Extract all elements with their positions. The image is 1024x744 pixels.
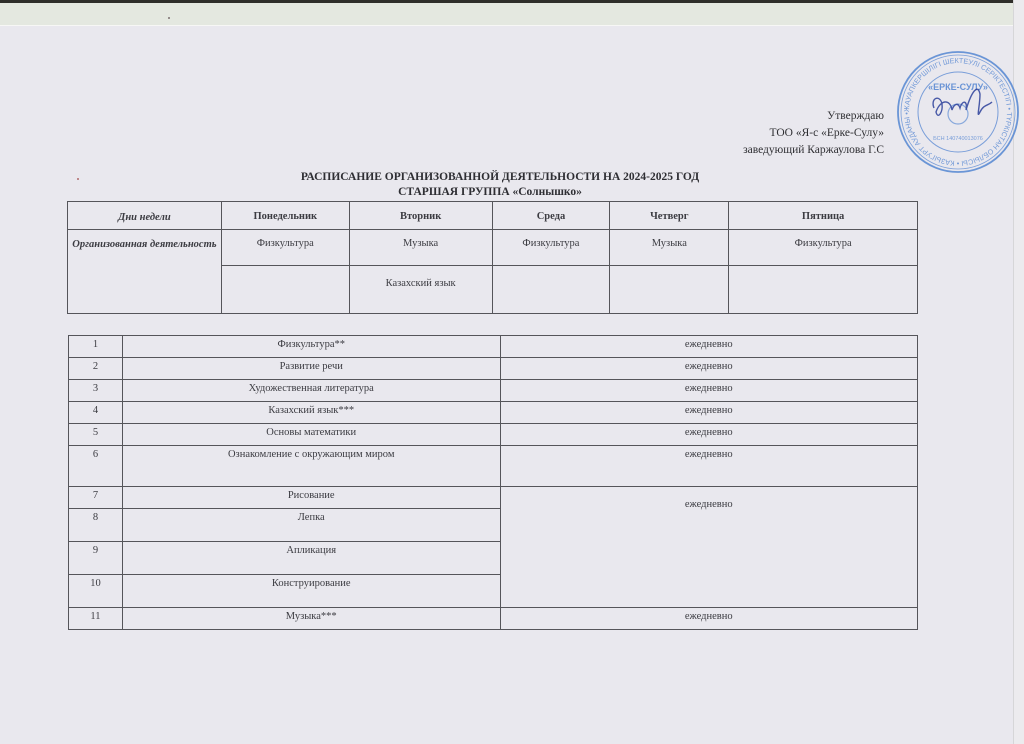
weekly-schedule-table: Дни недели Понедельник Вторник Среда Чет… (67, 201, 918, 314)
document-subtitle: СТАРШАЯ ГРУППА «Солнышко» (0, 186, 990, 198)
row-number: 2 (69, 358, 123, 380)
activity-frequency: ежедневно (500, 446, 917, 487)
row-number: 7 (69, 487, 123, 509)
approval-line-org: ТОО «Я-с «Ерке-Сулу» (743, 125, 884, 142)
header-thursday: Четверг (610, 202, 729, 230)
activity-name: Апликация (122, 542, 500, 575)
schedule-cell: Физкультура (221, 230, 349, 266)
scan-speck (168, 17, 170, 19)
activity-frequency: ежедневно (500, 608, 917, 630)
activity-name: Основы математики (122, 424, 500, 446)
table-row: 5 Основы математики ежедневно (69, 424, 918, 446)
schedule-cell: Физкультура (492, 230, 610, 266)
activity-frequency-merged: ежедневно (500, 487, 917, 608)
activity-frequency: ежедневно (500, 336, 917, 358)
row-number: 3 (69, 380, 123, 402)
signature-icon (933, 89, 992, 115)
row-label-organized-activity: Организованная деятельность (68, 230, 222, 314)
schedule-cell (610, 266, 729, 314)
row-number: 1 (69, 336, 123, 358)
activity-name: Развитие речи (122, 358, 500, 380)
approval-line-head: заведующий Каржаулова Г.С (743, 142, 884, 159)
schedule-cell (221, 266, 349, 314)
row-number: 8 (69, 509, 123, 542)
approval-line-approve: Утверждаю (743, 108, 884, 125)
row-number: 9 (69, 542, 123, 575)
activity-name: Конструирование (122, 575, 500, 608)
svg-text:ЖАУАПКЕРШІЛІГІ ШЕКТЕУЛІ СЕРІКТ: ЖАУАПКЕРШІЛІГІ ШЕКТЕУЛІ СЕРІКТЕСТІГІ • Т… (896, 50, 1014, 168)
svg-text:БСН 140740013076: БСН 140740013076 (933, 136, 983, 142)
schedule-cell (492, 266, 610, 314)
schedule-header-row: Дни недели Понедельник Вторник Среда Чет… (68, 202, 918, 230)
activity-name: Физкультура** (122, 336, 500, 358)
header-tuesday: Вторник (349, 202, 492, 230)
schedule-row-1: Организованная деятельность Физкультура … (68, 230, 918, 266)
header-friday: Пятница (729, 202, 918, 230)
activity-frequency: ежедневно (500, 358, 917, 380)
document-title: РАСПИСАНИЕ ОРГАНИЗОВАННОЙ ДЕЯТЕЛЬНОСТИ Н… (0, 171, 1000, 183)
header-wednesday: Среда (492, 202, 610, 230)
row-number: 5 (69, 424, 123, 446)
table-row: 6 Ознакомление с окружающим миром ежедне… (69, 446, 918, 487)
activity-name: Казахский язык*** (122, 402, 500, 424)
row-number: 4 (69, 402, 123, 424)
activity-frequency: ежедневно (500, 380, 917, 402)
activity-name: Художественная литература (122, 380, 500, 402)
table-row: 1 Физкультура** ежедневно (69, 336, 918, 358)
activity-frequency-table: 1 Физкультура** ежедневно 2 Развитие реч… (68, 335, 918, 630)
activity-frequency: ежедневно (500, 424, 917, 446)
table-row: 3 Художественная литература ежедневно (69, 380, 918, 402)
table-row: 4 Казахский язык*** ежедневно (69, 402, 918, 424)
stamp-seal-icon: ЖАУАПКЕРШІЛІГІ ШЕКТЕУЛІ СЕРІКТЕСТІГІ • Т… (896, 50, 1020, 174)
row-number: 6 (69, 446, 123, 487)
table-row: 11 Музыка*** ежедневно (69, 608, 918, 630)
table-row: 7 Рисование ежедневно (69, 487, 918, 509)
activity-name: Лепка (122, 509, 500, 542)
row-number: 10 (69, 575, 123, 608)
official-stamp: ЖАУАПКЕРШІЛІГІ ШЕКТЕУЛІ СЕРІКТЕСТІГІ • Т… (896, 50, 1020, 174)
schedule-cell: Музыка (610, 230, 729, 266)
approval-block: Утверждаю ТОО «Я-с «Ерке-Сулу» заведующи… (743, 108, 884, 159)
schedule-cell: Физкультура (729, 230, 918, 266)
scan-margin-top (0, 3, 1024, 26)
activity-name: Рисование (122, 487, 500, 509)
activity-name: Музыка*** (122, 608, 500, 630)
schedule-cell: Казахский язык (349, 266, 492, 314)
schedule-cell: Музыка (349, 230, 492, 266)
header-monday: Понедельник (221, 202, 349, 230)
activity-name: Ознакомление с окружающим миром (122, 446, 500, 487)
row-number: 11 (69, 608, 123, 630)
table-row: 2 Развитие речи ежедневно (69, 358, 918, 380)
schedule-cell (729, 266, 918, 314)
header-days-of-week: Дни недели (68, 202, 222, 230)
activity-frequency: ежедневно (500, 402, 917, 424)
